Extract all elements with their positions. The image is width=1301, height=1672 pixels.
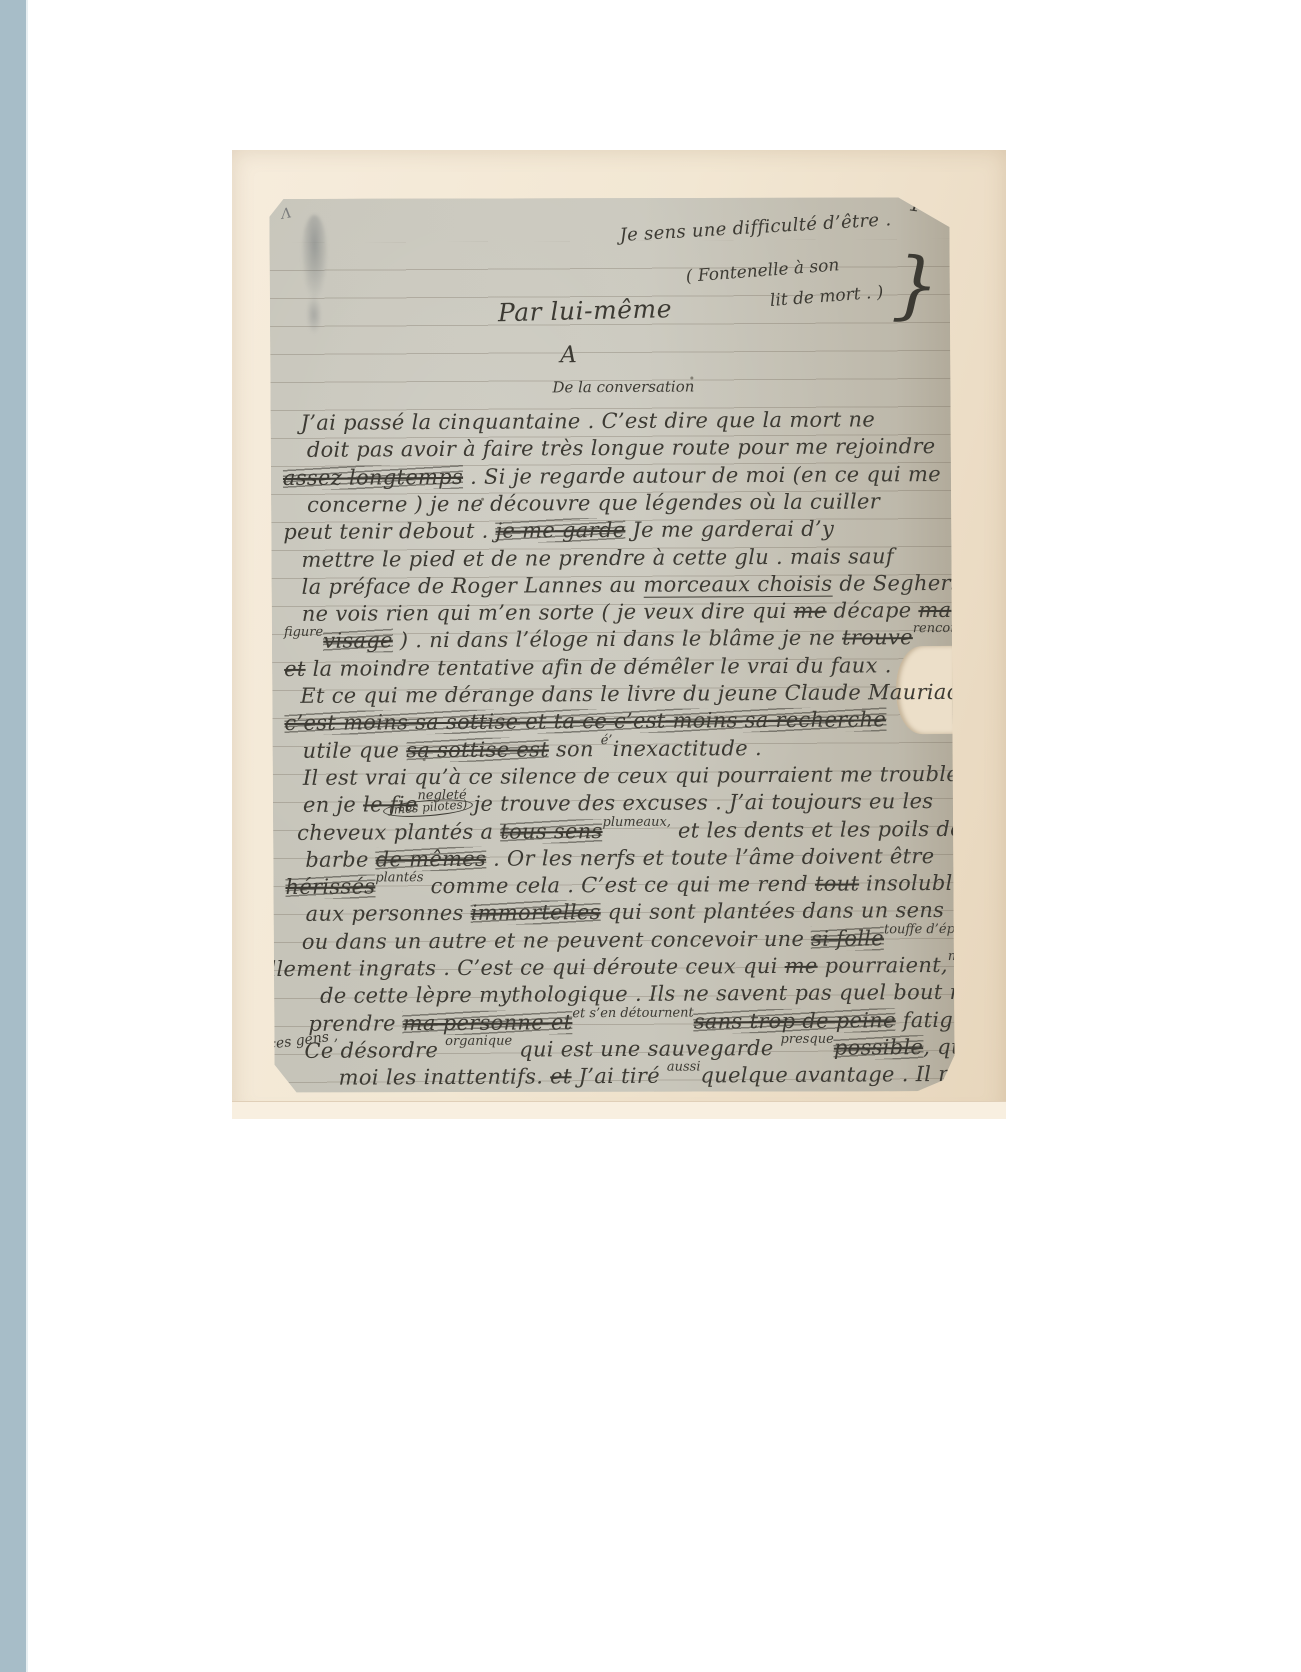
manuscript-line: assez longtemps . Si je regarde autour d… [283,464,941,489]
manuscript-line: J’ai passé la cinquantaine . C’est dire … [301,409,876,434]
left-accent-bar [0,0,28,1672]
manuscript-line: aux personnes immortelles qui sont plant… [306,900,945,925]
manuscript-line: concerne ) je ne découvre que légendes o… [307,491,880,515]
manuscript-body: J’ai passé la cinquantaine . C’est dire … [269,195,949,199]
epigraph-quote: Je sens une difficulté d’être . [619,210,892,246]
epigraph-attribution-line2: lit de mort . ) [769,283,884,310]
section-mark: A [560,343,577,368]
manuscript-line: figurevisage ) . ni dans l’éloge ni dans… [284,627,978,652]
manuscript-line: la préface de Roger Lannes au morceaux c… [302,572,1003,597]
page-number: 1 [908,192,924,215]
manuscript-line: et la moindre tentative afin de démêler … [284,655,892,680]
manuscript-page: Λ 1 Je sens une difficulté d’être . ( Fo… [269,195,954,1095]
manuscript-line: en je le fienegleté je trouve des excuse… [303,791,933,816]
manuscript-line: prendre ma personne etet s’en détournent… [308,1009,1005,1034]
manuscript-line: mettre le pied et de ne prendre à cette … [301,546,894,571]
manuscript-line: ou dans un autre et ne peuvent concevoir… [302,928,966,953]
pencil-corner-mark: Λ [280,206,293,223]
epigraph-brace: } [891,244,940,327]
manuscript-line: peut tenir debout . je me garde Je me ga… [283,519,834,543]
manuscript-line: hérissésplantés comme cela . C’est ce qu… [285,873,965,898]
ink-smudge [301,215,328,299]
manuscript-line: Il est vrai qu’à ce silence de ceux qui … [303,764,970,789]
manuscript-line: c’est moins sa sottise et ta ce c’est mo… [284,710,886,735]
manuscript-line: Ce désordre organique qui est une sauveg… [304,1036,1132,1062]
manuscript-line: doit pas avoir à faire très longue route… [307,436,936,461]
manuscript-title: Par lui-même [498,295,673,327]
manuscript-line: cheveux plantés a tous sensplumeaux, et … [297,818,990,843]
epigraph-attribution-line1: ( Fontenelle à son [685,256,840,286]
manuscript-line: utile que sa sottise est son é’inexactit… [303,738,762,762]
photo-bottom-strip [232,1101,1006,1119]
ink-smudge-small [306,295,322,335]
chapter-subtitle: De la conversation [552,378,694,395]
manuscript-line: de cette lèpre mythologique . Ils ne sav… [320,982,982,1007]
manuscript-photograph: Λ 1 Je sens une difficulté d’être . ( Fo… [232,150,1006,1119]
manuscript-line: barbe de mêmes . Or les nerfs et toute l… [305,846,934,871]
manuscript-line: tellement ingrats . C’est ce qui déroute… [248,954,1107,980]
manuscript-line: Et ce qui me dérange dans le livre du je… [300,682,959,707]
manuscript-line: moi les inattentifs. et J’ai tiré aussiq… [339,1064,1046,1089]
manuscript-line: ne vois rien qui m’en sorte ( je veux di… [302,600,952,625]
